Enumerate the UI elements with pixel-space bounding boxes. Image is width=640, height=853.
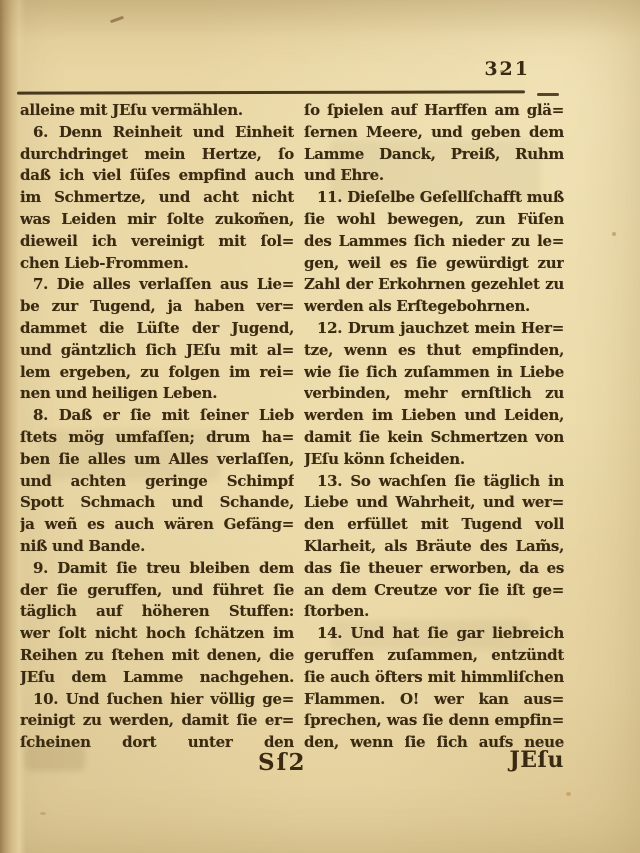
text-line: ja weñ es auch wären Gefäng= xyxy=(20,514,294,536)
text-line: JEſu könn ſcheiden. xyxy=(304,449,564,471)
text-line: Liebe und Wahrheit, und wer= xyxy=(304,492,564,514)
text-line: 11. Dieſelbe Geſellſchafft muß xyxy=(304,187,564,209)
page-edge-shading xyxy=(0,0,640,40)
text-line: den erfüllet mit Tugend voll xyxy=(304,514,564,536)
text-line: be zur Tugend, ja haben ver= xyxy=(20,296,294,318)
text-line: dieweil ich vereinigt mit ſol= xyxy=(20,231,294,253)
page-number: 321 xyxy=(470,58,530,80)
paper-speck xyxy=(566,792,571,796)
text-line: Spott Schmach und Schande, xyxy=(20,492,294,514)
text-line: chen Lieb-Frommen. xyxy=(20,253,294,275)
paper-speck xyxy=(40,812,46,815)
text-line: tze, wenn es thut empfinden, xyxy=(304,340,564,362)
text-line: 14. Und hat ſie gar liebreich xyxy=(304,623,564,645)
text-line: Zahl der Erkohrnen gezehlet zu xyxy=(304,274,564,296)
text-line: an dem Creutze vor ſie iſt ge= xyxy=(304,580,564,602)
text-line: ſernen Meere, und geben dem xyxy=(304,122,564,144)
text-line: 6. Denn Reinheit und Einheit xyxy=(20,122,294,144)
signature-mark: Sſ2 xyxy=(258,749,318,776)
text-line: durchdringet mein Hertze, ſo xyxy=(20,144,294,166)
text-line: geruffen zuſammen, entzündt xyxy=(304,645,564,667)
text-line: verbinden, mehr ernſtlich zu xyxy=(304,383,564,405)
text-line: 13. So wachſen ſie täglich in xyxy=(304,471,564,493)
text-line: niß und Bande. xyxy=(20,536,294,558)
text-line: 7. Die alles verlaſſen aus Lie= xyxy=(20,274,294,296)
text-line: wie ſie ſich zuſammen in Liebe xyxy=(304,362,564,384)
text-line: Klarheit, als Bräute des Lam̃s, xyxy=(304,536,564,558)
text-line: nen und heiligen Leben. xyxy=(20,383,294,405)
text-line: des Lammes ſich nieder zu le= xyxy=(304,231,564,253)
text-line: ben ſie alles um Alles verlaſſen, xyxy=(20,449,294,471)
text-line: im Schmertze, und acht nicht xyxy=(20,187,294,209)
headline-rule-dash xyxy=(537,93,559,96)
text-line: ſie auch öfters mit himmliſchen xyxy=(304,667,564,689)
text-line: Flammen. O! wer kan aus= xyxy=(304,689,564,711)
text-line: gen, weil es ſie gewürdigt zur xyxy=(304,253,564,275)
text-line: der ſie geruffen, und führet ſie xyxy=(20,580,294,602)
text-line: ſtets mög umfaſſen; drum ha= xyxy=(20,427,294,449)
text-line: wer ſolt nicht hoch ſchätzen im xyxy=(20,623,294,645)
text-line: 12. Drum jauchzet mein Her= xyxy=(304,318,564,340)
text-line: das ſie theuer erworben, da es xyxy=(304,558,564,580)
text-line: dammet die Lüſte der Jugend, xyxy=(20,318,294,340)
text-line: damit ſie kein Schmertzen von xyxy=(304,427,564,449)
book-page: 321 alleine mit JEſu vermählen.6. Denn R… xyxy=(0,0,640,853)
text-line: JEſu dem Lamme nachgehen. xyxy=(20,667,294,689)
text-line: lem ergeben, zu folgen im rei= xyxy=(20,362,294,384)
text-line: reinigt zu werden, damit ſie er= xyxy=(20,710,294,732)
text-line: Reihen zu ſtehen mit denen, die xyxy=(20,645,294,667)
text-line: ſprechen, was ſie denn empfin= xyxy=(304,710,564,732)
text-line: ſie wohl bewegen, zun Füſen xyxy=(304,209,564,231)
paper-speck xyxy=(612,232,616,236)
text-line: alleine mit JEſu vermählen. xyxy=(20,100,294,122)
catchword: JEſu xyxy=(474,747,564,773)
text-line: 10. Und ſuchen hier völlig ge= xyxy=(20,689,294,711)
text-line: daß ich viel ſüſes empfind auch xyxy=(20,165,294,187)
text-line: 9. Damit ſie treu bleiben dem xyxy=(20,558,294,580)
text-column-right: ſo ſpielen auf Harffen am glä=ſernen Mee… xyxy=(304,100,564,756)
text-line: 8. Daß er ſie mit ſeiner Lieb xyxy=(20,405,294,427)
paper-speck xyxy=(500,70,504,73)
text-line: was Leiden mir ſolte zukom̃en, xyxy=(20,209,294,231)
text-line: ſo ſpielen auf Harffen am glä= xyxy=(304,100,564,122)
text-line: werden als Erſtegebohrnen. xyxy=(304,296,564,318)
text-line: Lamme Danck, Preiß, Ruhm xyxy=(304,144,564,166)
text-line: und Ehre. xyxy=(304,165,564,187)
text-line: werden im Lieben und Leiden, xyxy=(304,405,564,427)
text-line: ſtorben. xyxy=(304,601,564,623)
text-line: täglich auf höheren Stuffen: xyxy=(20,601,294,623)
text-line: ſcheinen dort unter den Heerden, xyxy=(20,732,294,756)
text-line: und gäntzlich ſich JEſu mit al= xyxy=(20,340,294,362)
headline-rule xyxy=(17,90,525,94)
text-column-left: alleine mit JEſu vermählen.6. Denn Reinh… xyxy=(20,100,294,756)
text-line: und achten geringe Schimpf xyxy=(20,471,294,493)
